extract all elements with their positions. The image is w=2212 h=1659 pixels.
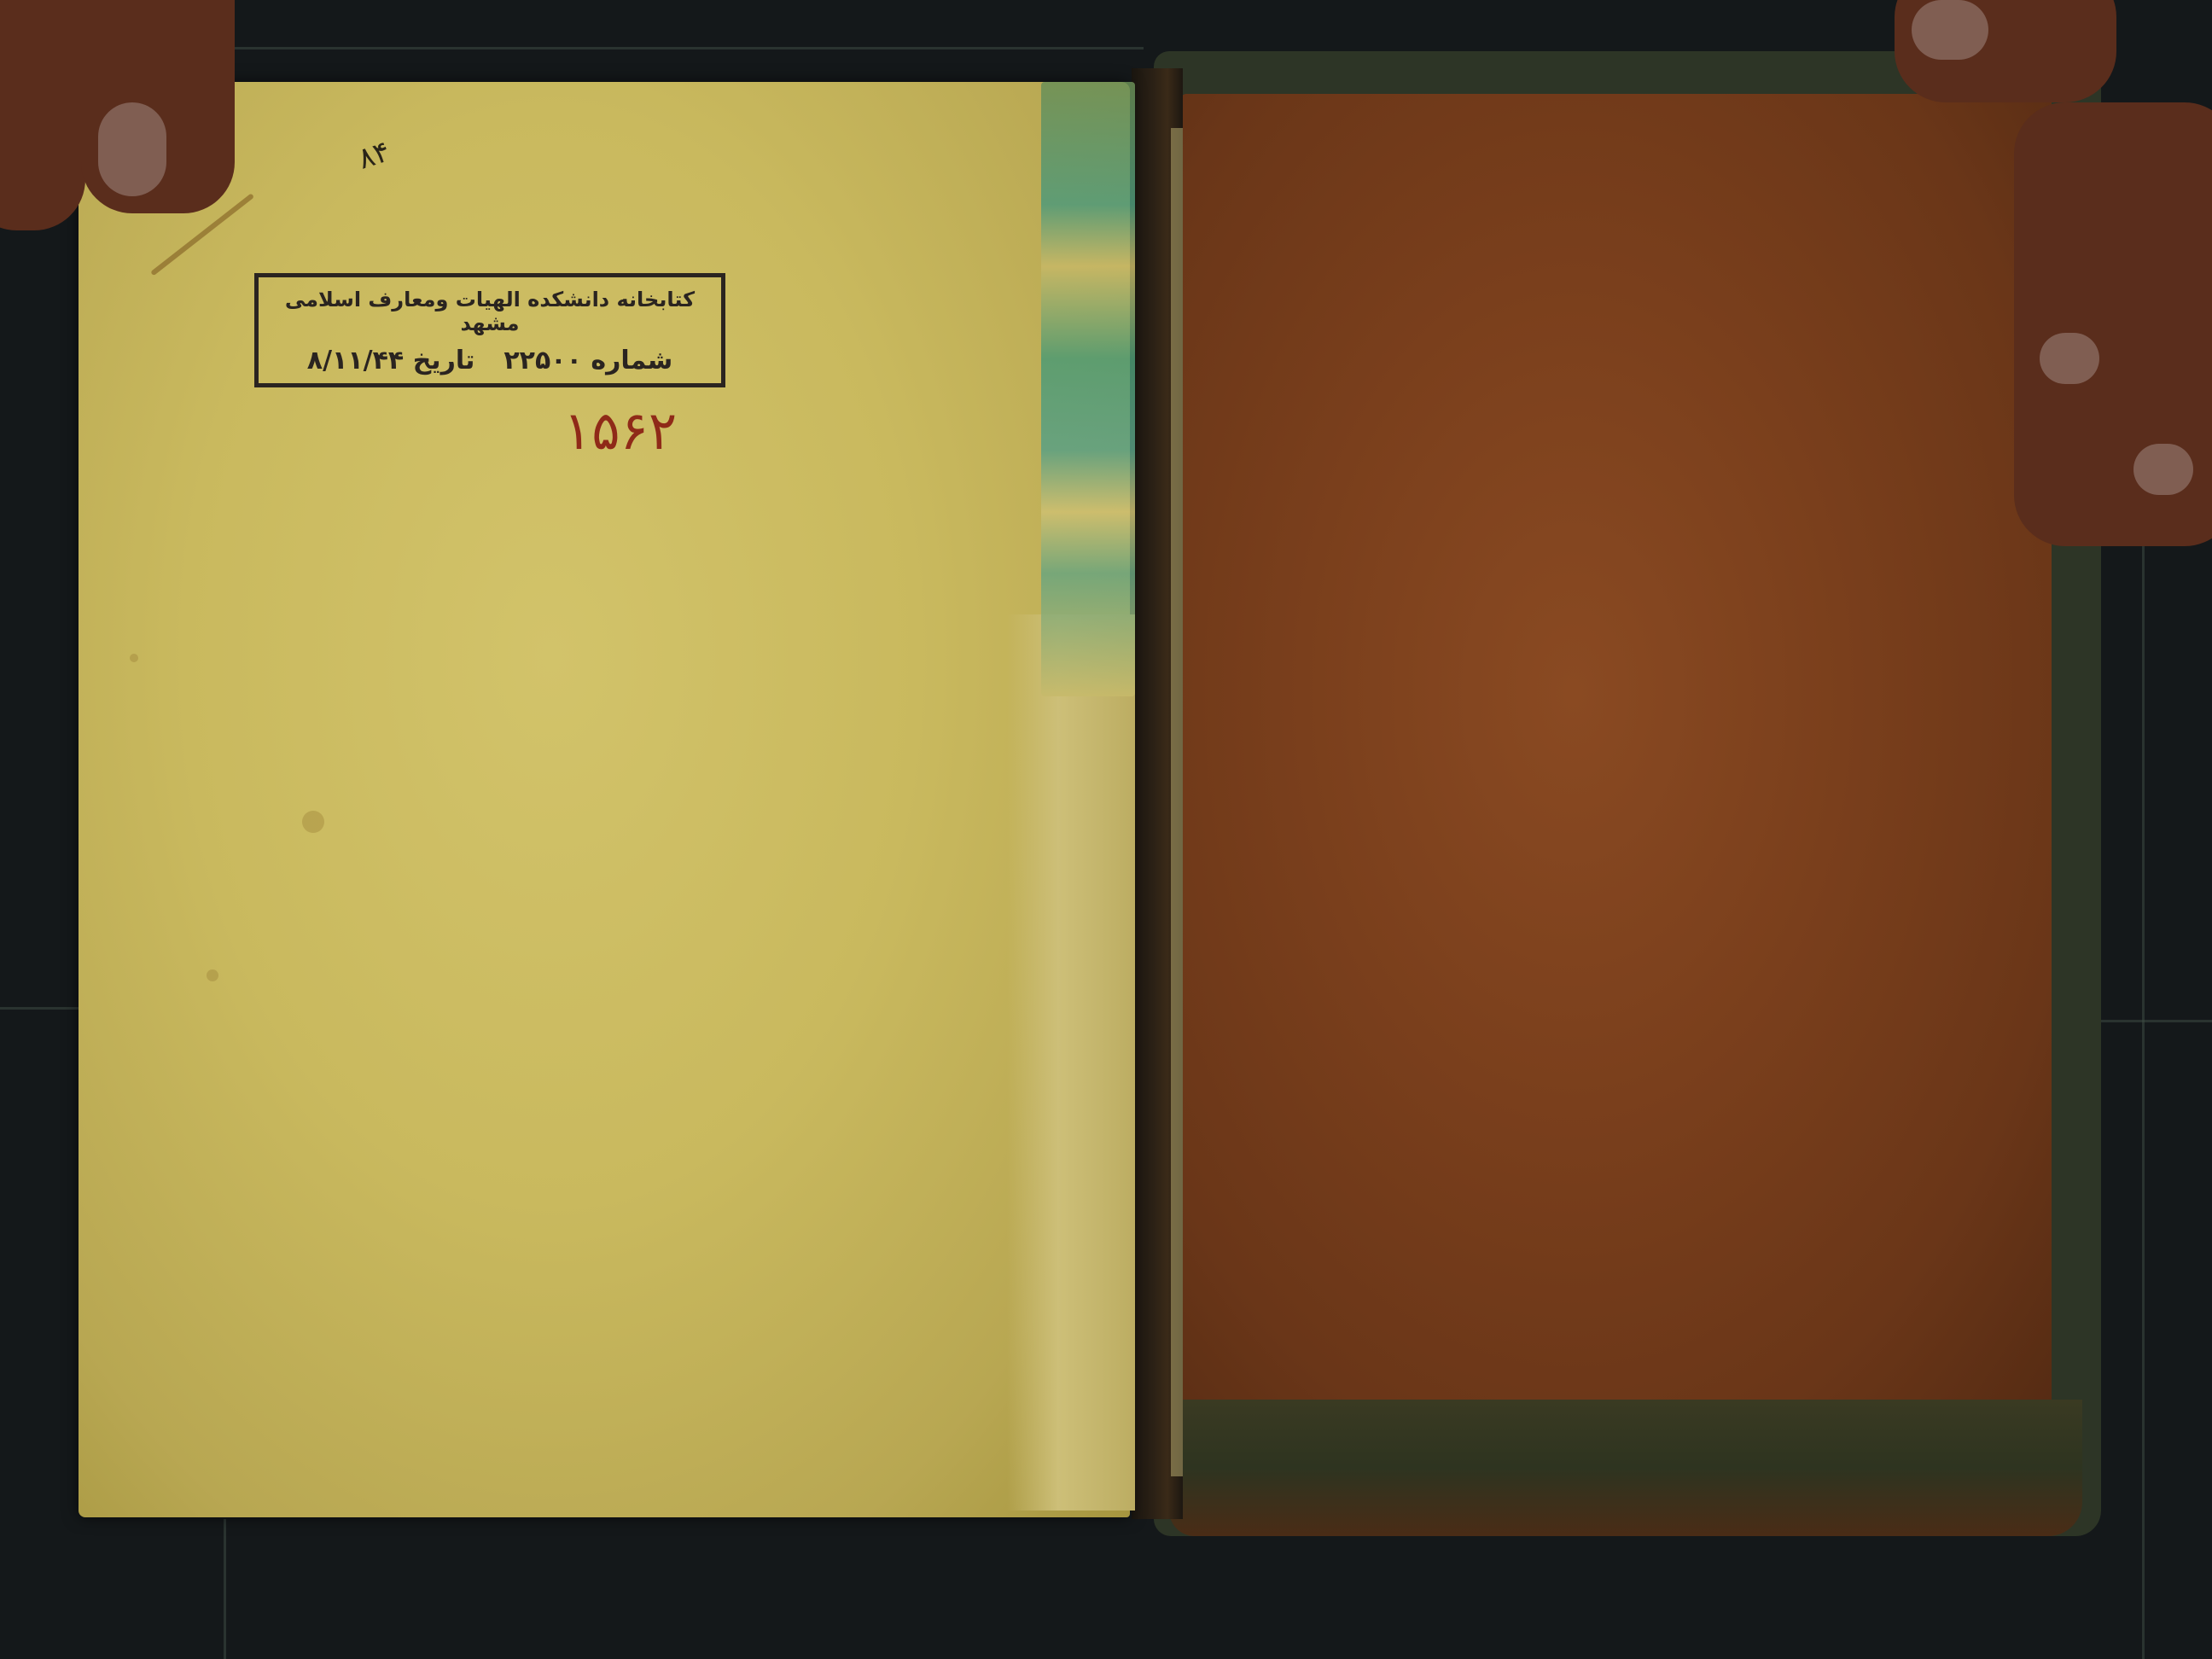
right-hand-fingers xyxy=(2014,102,2212,546)
stamp-number: شماره ۲۲۵۰۰ xyxy=(504,346,672,375)
foxing-spot xyxy=(207,969,218,981)
thumbnail xyxy=(1912,0,1988,60)
library-stamp: کتابخانه دانشکده الهیات ومعارف اسلامی مش… xyxy=(254,273,725,387)
floor-tile-line xyxy=(222,47,1144,49)
floor-tile-line xyxy=(2142,529,2145,1659)
stamp-date: تاریخ ۸/۱۱/۴۴ xyxy=(307,346,475,375)
foxing-spot xyxy=(302,811,324,833)
handwritten-red-number: ۱۵۶۲ xyxy=(563,399,677,462)
stamp-number-label: شماره xyxy=(591,346,672,375)
leather-inner-cover xyxy=(1181,94,2052,1425)
floor-tile-line xyxy=(2099,1020,2212,1022)
stamp-library-name: کتابخانه دانشکده الهیات ومعارف اسلامی مش… xyxy=(259,288,721,335)
right-hand-thumb xyxy=(1895,0,2116,102)
torn-spine-edge xyxy=(1007,614,1135,1511)
cover-bottom-edge xyxy=(1169,1400,2082,1536)
stamp-date-value: ۸/۱۱/۴۴ xyxy=(307,346,404,375)
left-hand-thumb xyxy=(81,0,235,213)
left-hand-fingers xyxy=(0,0,85,230)
fingernail xyxy=(2133,444,2193,495)
stamp-number-value: ۲۲۵۰۰ xyxy=(504,346,582,375)
floor-tile-line xyxy=(0,1007,85,1010)
floor-tile-line xyxy=(224,1519,226,1659)
foxing-spot xyxy=(130,654,138,662)
fingernail xyxy=(2040,333,2099,384)
marbled-spine-paper xyxy=(1041,82,1135,696)
gutter-paper-edge xyxy=(1171,128,1183,1476)
thumbnail xyxy=(98,102,166,196)
stamp-date-label: تاریخ xyxy=(413,346,475,375)
stamp-details: شماره ۲۲۵۰۰ تاریخ ۸/۱۱/۴۴ xyxy=(259,346,721,375)
